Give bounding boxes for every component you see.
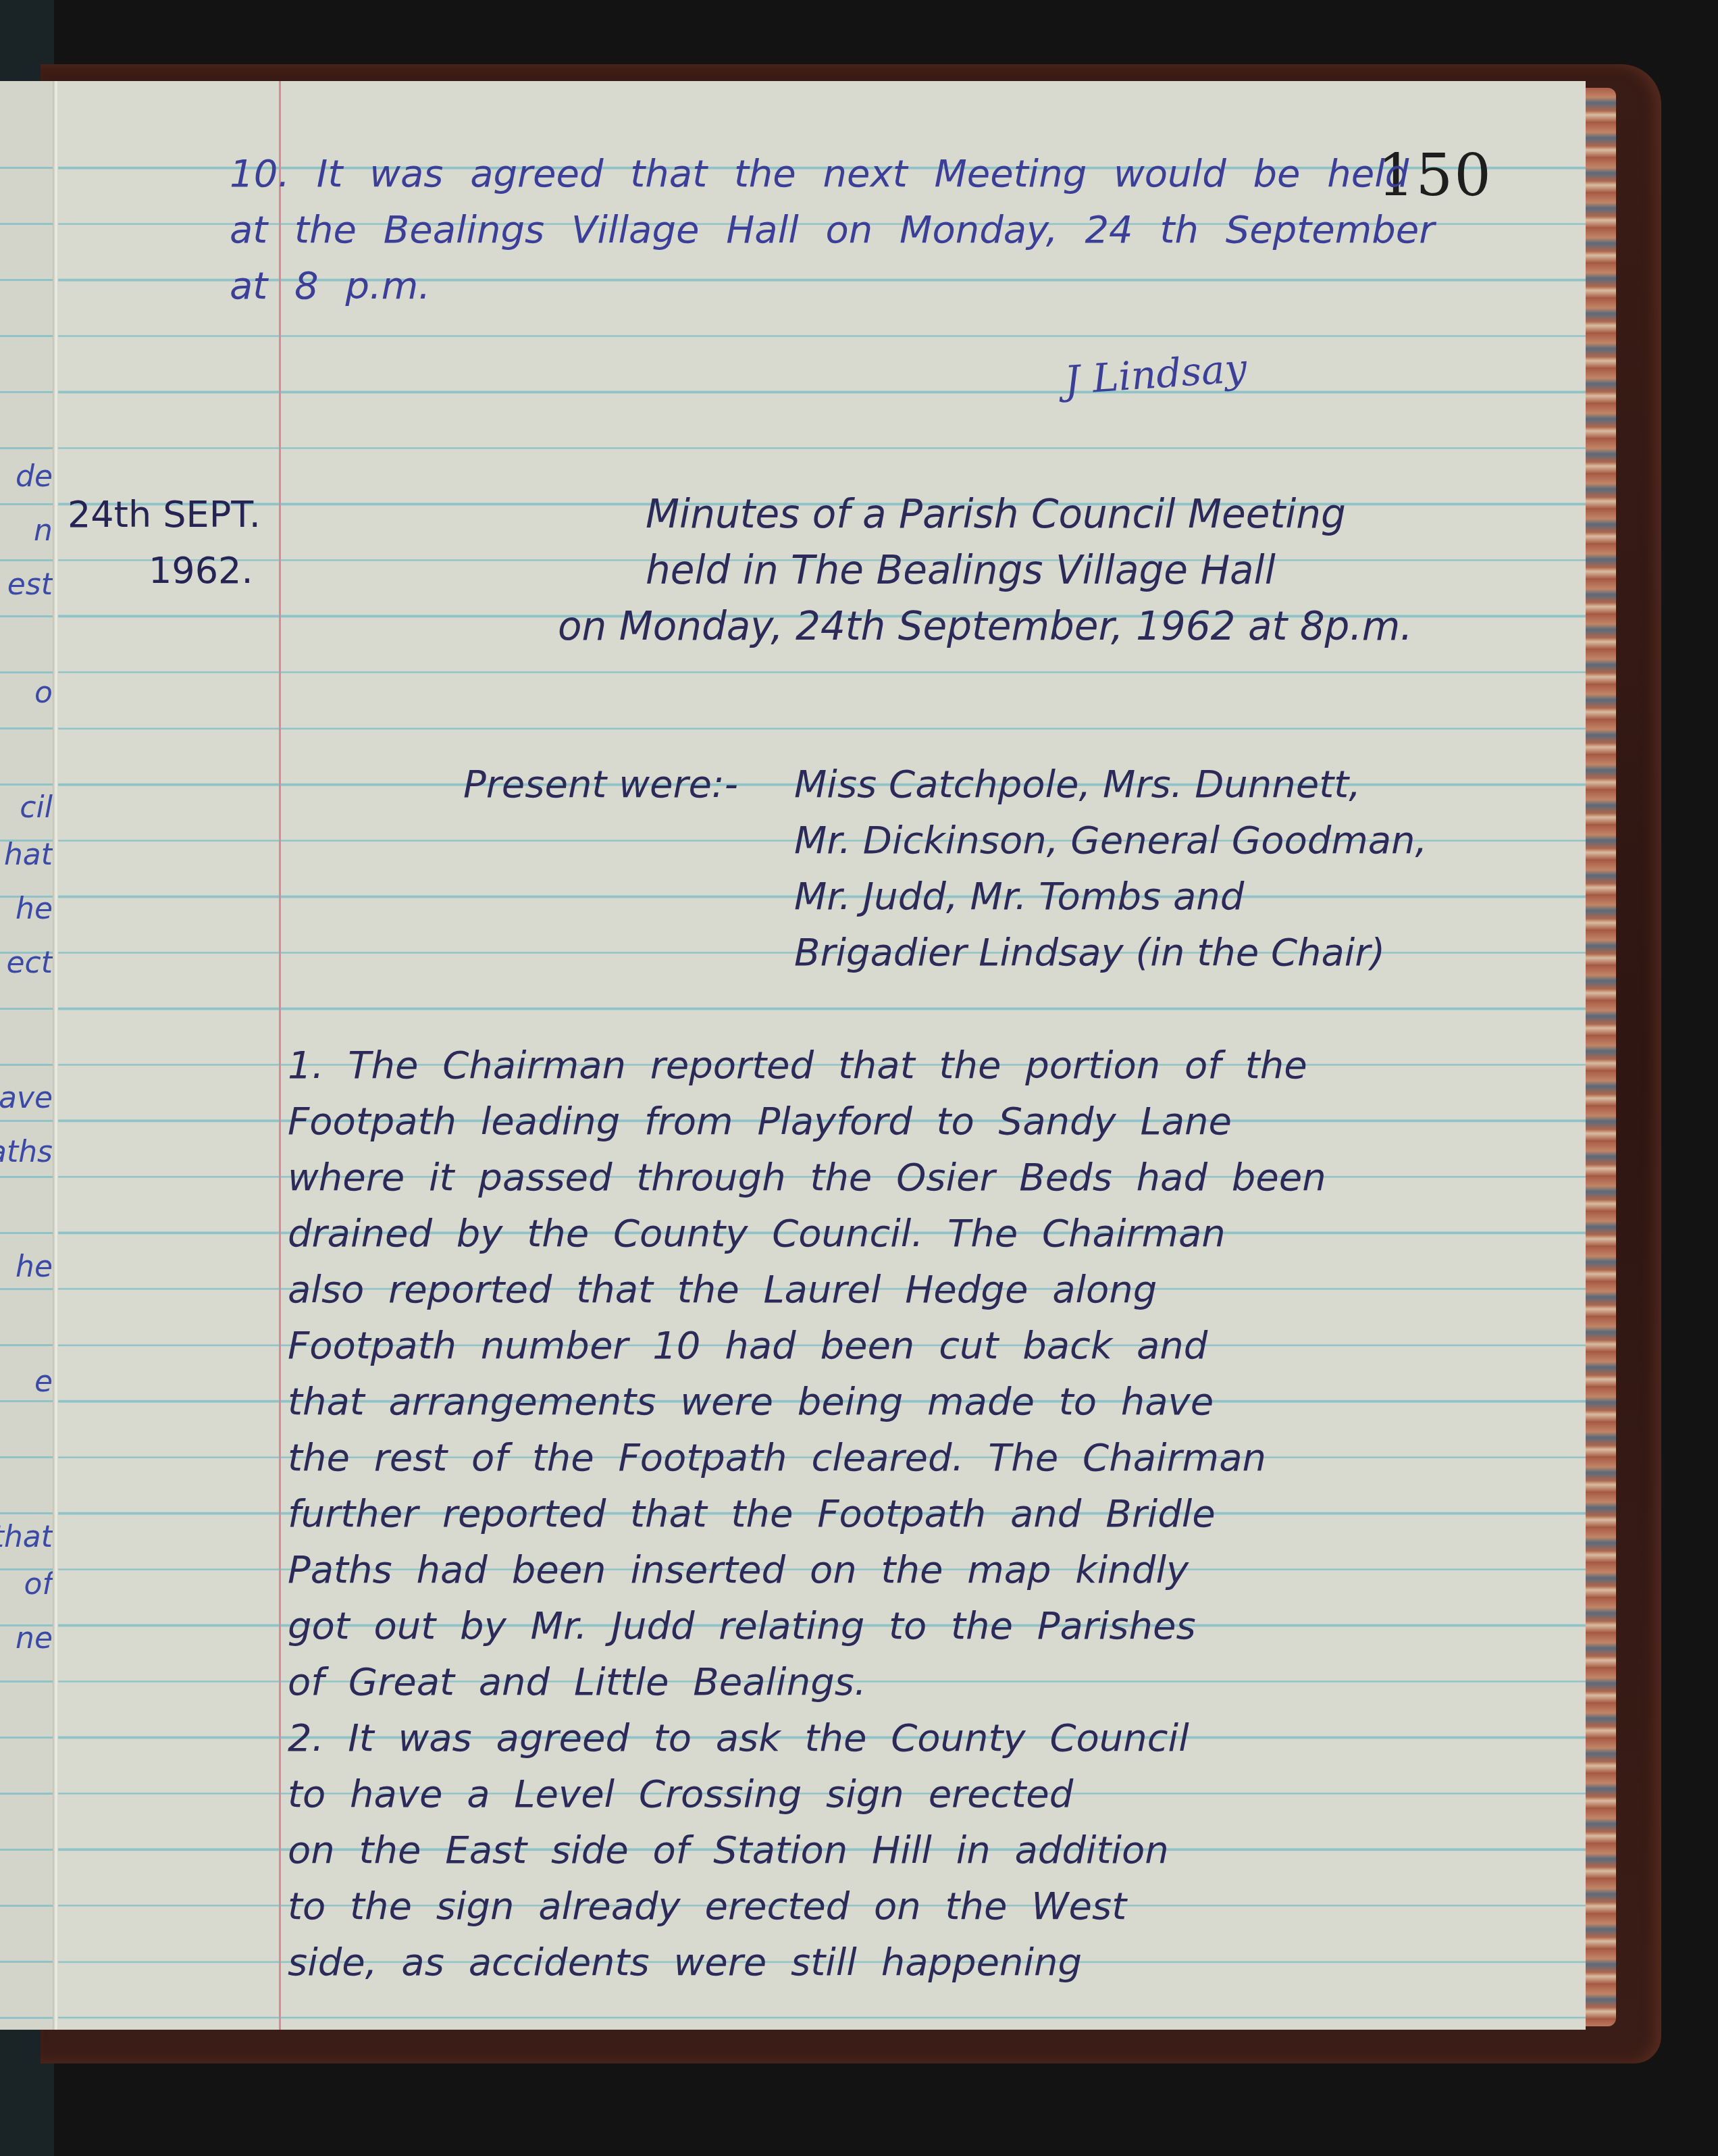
heading-line: on Monday, 24th September, 1962 at 8p.m. xyxy=(558,598,1413,654)
body-line: 2. It was agreed to ask the County Counc… xyxy=(288,1710,1571,1766)
facing-fragment: cil xyxy=(20,790,53,825)
minutes-heading: Minutes of a Parish Council Meeting held… xyxy=(558,486,1413,654)
body-line: to the sign already erected on the West xyxy=(288,1878,1571,1934)
body-line: Footpath number 10 had been cut back and xyxy=(288,1318,1571,1374)
text-line: 10. It was agreed that the next Meeting … xyxy=(230,146,1513,202)
body-line: Footpath leading from Playford to Sandy … xyxy=(288,1094,1571,1150)
facing-fragment: aths xyxy=(0,1135,53,1169)
red-margin-line xyxy=(279,81,281,2030)
facing-fragment: e xyxy=(34,1364,53,1399)
heading-line: Minutes of a Parish Council Meeting xyxy=(558,486,1413,542)
text-line: at the Bealings Village Hall on Monday, … xyxy=(230,202,1513,258)
body-line: also reported that the Laurel Hedge alon… xyxy=(288,1262,1571,1318)
body-line: to have a Level Crossing sign erected xyxy=(288,1766,1571,1822)
previous-item-10: 10. It was agreed that the next Meeting … xyxy=(230,146,1513,314)
facing-fragment: of xyxy=(24,1567,53,1601)
heading-line: held in The Bealings Village Hall xyxy=(558,542,1413,598)
body-line: on the East side of Station Hill in addi… xyxy=(288,1822,1571,1878)
meeting-date-margin: 24th SEPT. 1962. xyxy=(68,486,261,598)
page-edges xyxy=(1584,88,1616,2026)
facing-fragment: hat xyxy=(4,838,53,872)
attendees-list: Present were:-Miss Catchpole, Mrs. Dunne… xyxy=(463,756,1427,981)
body-line: got out by Mr. Judd relating to the Pari… xyxy=(288,1598,1571,1654)
minutes-body: 1. The Chairman reported that the portio… xyxy=(288,1037,1571,1991)
facing-fragment: he xyxy=(16,1250,53,1284)
facing-fragment: ave xyxy=(0,1081,53,1115)
body-line: drained by the County Council. The Chair… xyxy=(288,1206,1571,1262)
facing-fragment: de xyxy=(16,459,53,494)
body-line: the rest of the Footpath cleared. The Ch… xyxy=(288,1430,1571,1486)
body-line: that arrangements were being made to hav… xyxy=(288,1374,1571,1430)
body-line: side, as accidents were still happening xyxy=(288,1934,1571,1991)
attendee-line: Mr. Dickinson, General Goodman, xyxy=(463,813,1427,869)
body-line: of Great and Little Bealings. xyxy=(288,1654,1571,1710)
facing-fragment: est xyxy=(7,567,53,602)
facing-fragment: ect xyxy=(6,946,53,980)
attendee-line: Mr. Judd, Mr. Tombs and xyxy=(463,869,1427,925)
body-line: further reported that the Footpath and B… xyxy=(288,1486,1571,1542)
attendee-line: Brigadier Lindsay (in the Chair) xyxy=(463,925,1427,981)
date-year: 1962. xyxy=(68,542,261,598)
body-line: Paths had been inserted on the map kindl… xyxy=(288,1542,1571,1598)
minute-book-page: 150 10. It was agreed that the next Meet… xyxy=(58,81,1586,2030)
facing-fragment: that xyxy=(0,1520,53,1554)
present-label: Present were:- xyxy=(463,756,794,813)
chairman-signature: J Lindsay xyxy=(1063,345,1248,404)
text-line: at 8 p.m. xyxy=(230,258,1513,314)
facing-fragment: ne xyxy=(16,1621,53,1655)
attendee-line: Miss Catchpole, Mrs. Dunnett, xyxy=(794,763,1361,806)
body-line: 1. The Chairman reported that the portio… xyxy=(288,1037,1571,1094)
facing-page-text: de n est o cil hat he ect ave aths he e … xyxy=(0,81,57,2030)
body-line: where it passed through the Osier Beds h… xyxy=(288,1150,1571,1206)
facing-fragment: o xyxy=(34,675,53,710)
facing-fragment: n xyxy=(34,513,53,548)
facing-fragment: he xyxy=(16,892,53,926)
date-day-month: 24th SEPT. xyxy=(68,486,261,542)
facing-page: de n est o cil hat he ect ave aths he e … xyxy=(0,81,57,2030)
